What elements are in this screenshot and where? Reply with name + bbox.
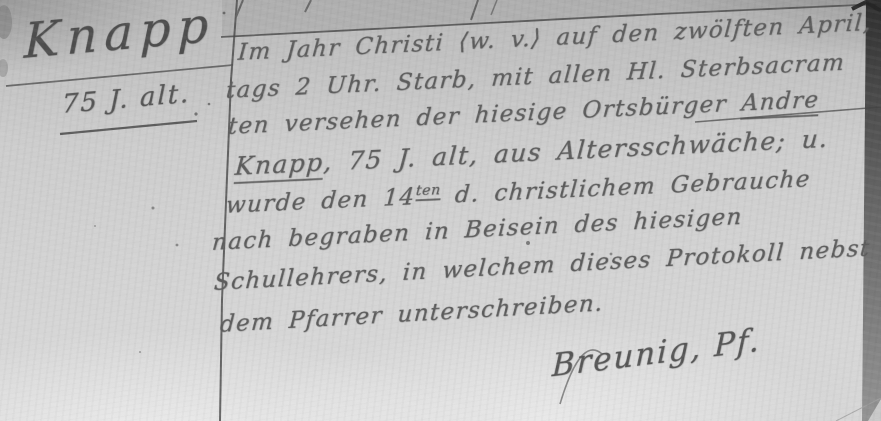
ink-dot xyxy=(194,112,197,115)
underlined-name-knapp: Knapp xyxy=(234,148,325,184)
paper-speck xyxy=(176,244,179,247)
margin-age: 75 J. alt. xyxy=(62,79,191,120)
ink-dot xyxy=(208,103,211,106)
entry-line-5-rest: d. christlichem Gebrauche xyxy=(439,166,811,209)
pastor-signature: Breunig, Pf. xyxy=(551,322,761,384)
top-stray-stroke xyxy=(236,0,243,17)
bottom-right-crease xyxy=(836,398,881,421)
top-stray-stroke xyxy=(305,0,311,12)
entry-line-5-text: wurde den 14 xyxy=(225,184,416,219)
edge-smudge xyxy=(0,5,12,39)
register-scan-page: Knapp 75 J. alt. Im Jahr Christi ⟨w. v.⟩… xyxy=(0,0,881,421)
edge-smudge xyxy=(0,59,8,77)
page-corner-light xyxy=(868,399,881,421)
paper-speck xyxy=(526,241,530,245)
top-stray-stroke xyxy=(491,0,497,15)
margin-surname: Knapp xyxy=(24,0,216,70)
paper-speck xyxy=(94,225,96,227)
paper-speck xyxy=(152,207,155,210)
paper-speck xyxy=(139,351,141,353)
top-stray-stroke xyxy=(471,0,478,20)
ink-dot xyxy=(223,12,226,15)
page-edge-band xyxy=(862,0,881,421)
underlined-name-andre: Andre xyxy=(740,87,820,120)
margin-age-underline xyxy=(60,121,197,134)
entry-line-8: dem Pfarrer unterschreiben. xyxy=(219,290,604,338)
ordinal-superscript: ten xyxy=(415,182,441,201)
